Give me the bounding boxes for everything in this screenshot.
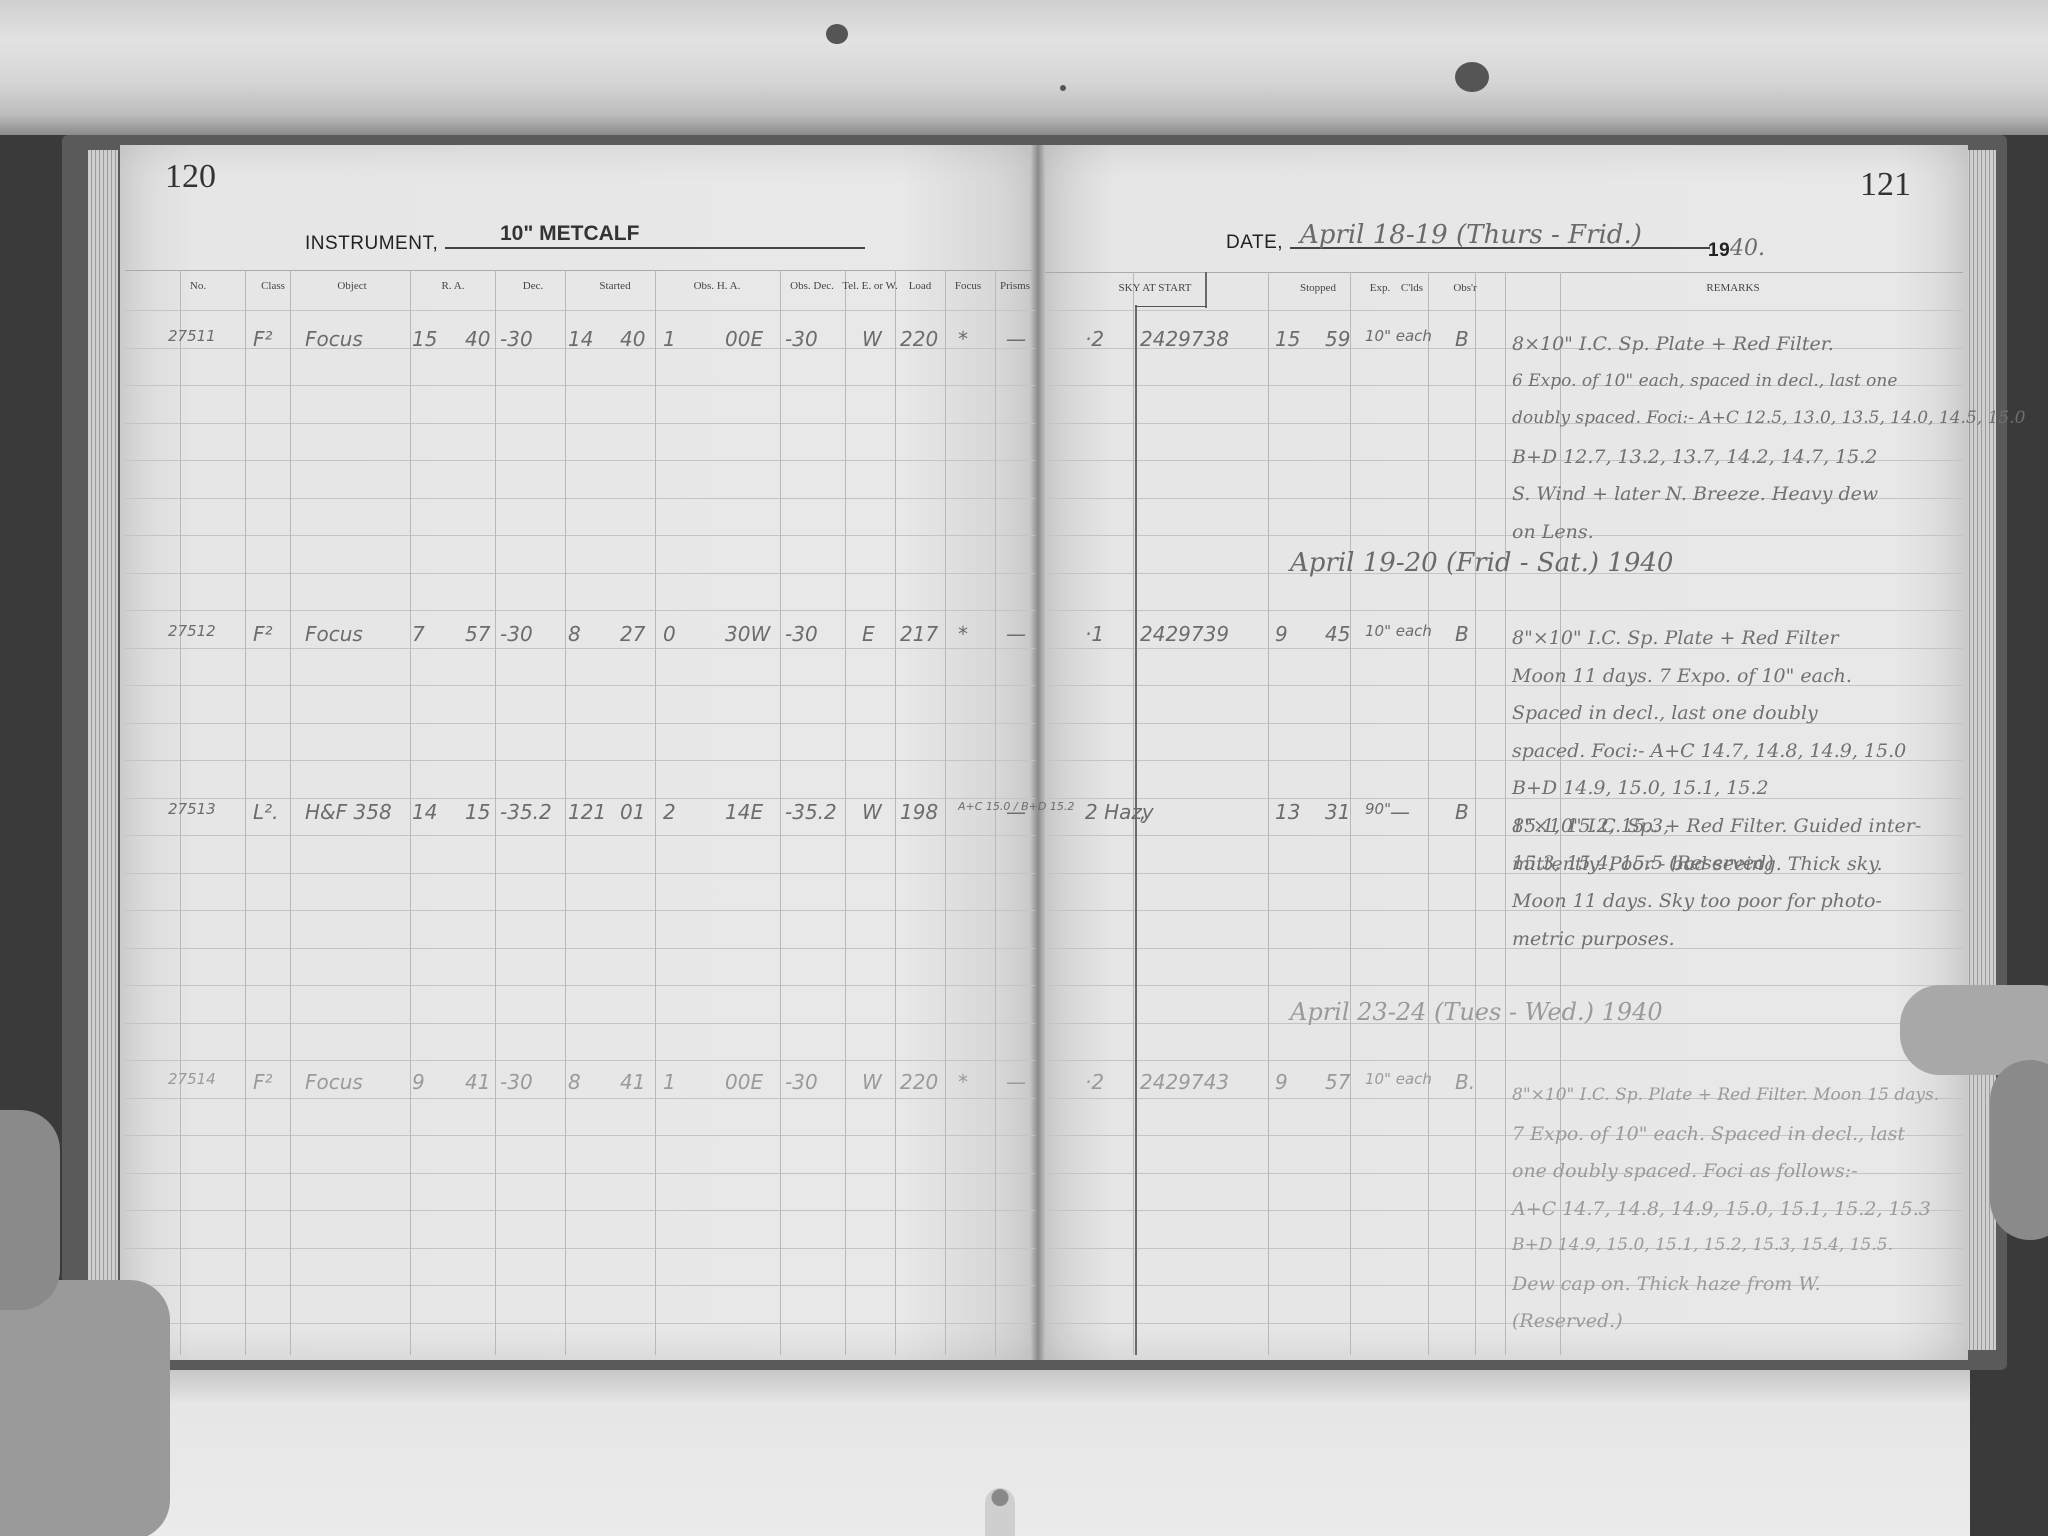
remark-line: one doubly spaced. Foci as follows:-: [1512, 1160, 1858, 1182]
rule-line: [125, 1098, 1035, 1099]
left-hand: [0, 1280, 170, 1536]
cell-load: 217: [900, 622, 938, 646]
cell-stopped-h: 9: [1275, 1070, 1288, 1094]
cell-obs-dec: -35.2: [785, 800, 837, 824]
rule-line: [125, 385, 1035, 386]
remark-line: 8×10" I.C. Sp. Plate + Red Filter.: [1512, 333, 1834, 355]
cell-object: Focus: [305, 1070, 363, 1094]
rule-line: [125, 723, 1035, 724]
rule-line: [125, 1248, 1035, 1249]
rule-line: [125, 610, 1035, 611]
cell-obs-dec: -30: [785, 1070, 818, 1094]
cell-ha-h: 0: [663, 622, 676, 646]
cell-tel: W: [862, 1070, 882, 1094]
column-divider: [780, 270, 781, 1355]
backing-board: [90, 1360, 1970, 1536]
cell-load: 220: [900, 1070, 938, 1094]
cell-started-h: 8: [568, 622, 581, 646]
cell-class: F²: [253, 1070, 273, 1094]
rule-line: [125, 498, 1035, 499]
year-prefix: 19: [1708, 240, 1730, 262]
cell-ra-m: 15: [465, 800, 490, 824]
cell-prisms: —: [1006, 327, 1026, 351]
cell-dec: -30: [500, 1070, 533, 1094]
column-header: Obs. H. A.: [682, 280, 752, 292]
column-header: R. A.: [418, 280, 488, 292]
cell-stopped-m: 59: [1325, 327, 1350, 351]
rule-line: [125, 873, 1035, 874]
cell-observer: B.: [1455, 1070, 1475, 1094]
instrument-value: 10" METCALF: [500, 222, 639, 246]
cell-object: Focus: [305, 622, 363, 646]
column-divider: [1268, 272, 1269, 1355]
sky-header-divider: [1205, 272, 1207, 308]
rule-line: [125, 1210, 1035, 1211]
cell-jd: 2429743: [1140, 1070, 1229, 1094]
rule-line: [1045, 1323, 1963, 1324]
remark-line: (Reserved.): [1512, 1310, 1623, 1332]
cell-ra-h: 15: [412, 327, 437, 351]
rule-line: [1045, 948, 1963, 949]
column-divider: [655, 270, 656, 1355]
cell-started-m: 01: [620, 800, 645, 824]
column-divider: [245, 270, 246, 1355]
column-divider: [845, 270, 846, 1355]
sky-header-line: [1135, 306, 1207, 307]
column-header: Dec.: [498, 280, 568, 292]
remark-line: S. Wind + later N. Breeze. Heavy dew: [1512, 483, 1878, 505]
cell-focus: *: [958, 327, 968, 351]
rule-line: [125, 1285, 1035, 1286]
cell-ra-h: 9: [412, 1070, 425, 1094]
remark-line: Spaced in decl., last one doubly: [1512, 702, 1818, 724]
cell-class: F²: [253, 327, 273, 351]
rule-line: [125, 910, 1035, 911]
rule-line: [125, 1173, 1035, 1174]
cell-focus: *: [958, 1070, 968, 1094]
rule-line: [125, 648, 1035, 649]
column-divider: [1560, 272, 1561, 1355]
date-label: DATE,: [1226, 232, 1283, 254]
cell-load: 220: [900, 327, 938, 351]
remark-line: B+D 14.9, 15.0, 15.1, 15.2, 15.3, 15.4, …: [1512, 1235, 1893, 1255]
cell-object: Focus: [305, 327, 363, 351]
instrument-label: INSTRUMENT,: [305, 233, 438, 255]
cell-started-m: 40: [620, 327, 645, 351]
section-date: April 23-24 (Tues - Wed.) 1940: [1290, 998, 1663, 1026]
cell-no: 27513: [168, 800, 216, 818]
cell-stopped-h: 15: [1275, 327, 1300, 351]
cell-obs-dec: -30: [785, 327, 818, 351]
wood-knot: [1060, 85, 1066, 91]
cell-ha-m: 00E: [725, 327, 763, 351]
rule-line: [1045, 723, 1963, 724]
cell-jd: ,: [1140, 800, 1146, 824]
cell-stopped-h: 13: [1275, 800, 1300, 824]
column-divider: [1505, 272, 1506, 1355]
cell-observer: B: [1455, 622, 1469, 646]
cell-ha-h: 2: [663, 800, 676, 824]
remark-line: Moon 11 days. Sky too poor for photo-: [1512, 890, 1882, 912]
cell-no: 27512: [168, 622, 216, 640]
section-date: April 19-20 (Frid - Sat.) 1940: [1290, 548, 1673, 578]
remark-line: 8"×10" I.C. Sp. Plate + Red Filter. Moon…: [1512, 1085, 1939, 1105]
cell-class: F²: [253, 622, 273, 646]
book-spine: [1030, 145, 1046, 1360]
year-suffix: 40.: [1730, 236, 1765, 261]
cell-started-h: 121: [568, 800, 606, 824]
cell-ha-m: 14E: [725, 800, 763, 824]
cell-focus: *: [958, 622, 968, 646]
remark-line: doubly spaced. Foci:- A+C 12.5, 13.0, 13…: [1512, 408, 2025, 428]
cell-dec: -30: [500, 327, 533, 351]
column-header: SKY AT START: [1105, 282, 1205, 294]
rule-line: [1045, 610, 1963, 611]
column-divider: [410, 270, 411, 1355]
wooden-plank-background: [0, 0, 2048, 135]
rule-line: [125, 685, 1035, 686]
rule-line: [125, 573, 1035, 574]
rule-line: [125, 423, 1035, 424]
rule-line: [125, 310, 1035, 311]
remark-line: B+D 12.7, 13.2, 13.7, 14.2, 14.7, 15.2: [1512, 446, 1877, 468]
cell-class: L².: [253, 800, 279, 824]
remark-line: on Lens.: [1512, 521, 1594, 543]
rule-line: [125, 1023, 1035, 1024]
rule-line: [125, 835, 1035, 836]
instrument-underline: [445, 247, 865, 249]
header-top-line: [1045, 272, 1963, 273]
remark-line: A+C 14.7, 14.8, 14.9, 15.0, 15.1, 15.2, …: [1512, 1198, 1931, 1220]
column-divider: [565, 270, 566, 1355]
rule-line: [125, 1323, 1035, 1324]
rule-line: [125, 760, 1035, 761]
cell-sky: ·2: [1085, 327, 1104, 351]
rule-line: [125, 798, 1035, 799]
cell-stopped-m: 45: [1325, 622, 1350, 646]
cell-dec: -35.2: [500, 800, 552, 824]
cell-exp: 90": [1365, 800, 1391, 818]
column-header: Obs'r: [1415, 282, 1515, 294]
cell-prisms: —: [1006, 622, 1026, 646]
cell-started-m: 41: [620, 1070, 645, 1094]
rule-line: [125, 1135, 1035, 1136]
cell-sky: ·1: [1085, 622, 1104, 646]
cell-exp: 10" each: [1365, 1070, 1432, 1088]
cell-exp: 10" each: [1365, 327, 1432, 345]
rule-line: [1045, 1060, 1963, 1061]
page-number-right: 121: [1860, 166, 1911, 204]
sky-divider: [1135, 305, 1137, 1355]
remark-line: 7 Expo. of 10" each. Spaced in decl., la…: [1512, 1123, 1905, 1145]
column-divider: [895, 270, 896, 1355]
column-divider: [1475, 272, 1476, 1355]
cell-observer: B: [1455, 327, 1469, 351]
cell-tel: W: [862, 327, 882, 351]
right-fingers: [1990, 1060, 2048, 1240]
cell-dec: -30: [500, 622, 533, 646]
cell-prisms: —: [1006, 1070, 1026, 1094]
remark-line: 8"×10" I.C. Sp. + Red Filter. Guided int…: [1512, 815, 1921, 837]
remark-line: metric purposes.: [1512, 928, 1675, 950]
column-divider: [945, 270, 946, 1355]
cell-exp: 10" each: [1365, 622, 1432, 640]
header-top-line: [125, 270, 1035, 271]
rule-line: [1045, 798, 1963, 799]
cell-no: 27511: [168, 327, 216, 345]
rule-line: [125, 985, 1035, 986]
cell-no: 27514: [168, 1070, 216, 1088]
column-divider: [1428, 272, 1429, 1355]
cell-obs-dec: -30: [785, 622, 818, 646]
column-header: REMARKS: [1683, 282, 1783, 294]
remark-line: Dew cap on. Thick haze from W.: [1512, 1273, 1821, 1295]
remark-line: B+D 14.9, 15.0, 15.1, 15.2: [1512, 777, 1769, 799]
cell-ra-m: 57: [465, 622, 490, 646]
cell-object: H&F 358: [305, 800, 392, 824]
cell-load: 198: [900, 800, 938, 824]
rule-line: [1045, 985, 1963, 986]
cell-ra-m: 41: [465, 1070, 490, 1094]
rule-line: [1045, 1285, 1963, 1286]
remark-line: mittently. Poor - bad seeing. Thick sky.: [1512, 853, 1883, 875]
column-header: Started: [580, 280, 650, 292]
rule-line: [1045, 535, 1963, 536]
remark-line: spaced. Foci:- A+C 14.7, 14.8, 14.9, 15.…: [1512, 740, 1906, 762]
cell-ha-h: 1: [663, 327, 676, 351]
remark-line: 6 Expo. of 10" each, spaced in decl., la…: [1512, 371, 1897, 391]
cell-started-h: 14: [568, 327, 593, 351]
rule-line: [125, 1060, 1035, 1061]
column-divider: [290, 270, 291, 1355]
cell-clouds: —: [1390, 800, 1410, 824]
cell-observer: B: [1455, 800, 1469, 824]
cell-ra-m: 40: [465, 327, 490, 351]
cell-prisms: —: [1006, 800, 1026, 824]
cell-stopped-m: 31: [1325, 800, 1350, 824]
column-header: No.: [163, 280, 233, 292]
page-number-left: 120: [165, 158, 216, 196]
cell-stopped-m: 57: [1325, 1070, 1350, 1094]
rule-line: [125, 535, 1035, 536]
left-fingers: [0, 1110, 60, 1310]
column-header: Object: [317, 280, 387, 292]
rule-line: [1045, 310, 1963, 311]
cell-started-h: 8: [568, 1070, 581, 1094]
cell-jd: 2429738: [1140, 327, 1229, 351]
cell-sky: ·2: [1085, 1070, 1104, 1094]
rule-line: [125, 460, 1035, 461]
cell-tel: E: [862, 622, 875, 646]
remark-line: 8"×10" I.C. Sp. Plate + Red Filter: [1512, 627, 1839, 649]
rule-line: [125, 948, 1035, 949]
cell-stopped-h: 9: [1275, 622, 1288, 646]
column-header: Class: [238, 280, 308, 292]
date-value: April 18-19 (Thurs - Frid.): [1300, 220, 1642, 250]
cell-ra-h: 7: [412, 622, 425, 646]
wood-knot: [1455, 62, 1489, 92]
cell-ha-h: 1: [663, 1070, 676, 1094]
cell-ha-m: 00E: [725, 1070, 763, 1094]
remark-line: Moon 11 days. 7 Expo. of 10" each.: [1512, 665, 1852, 687]
cell-tel: W: [862, 800, 882, 824]
cell-ra-h: 14: [412, 800, 437, 824]
column-divider: [495, 270, 496, 1355]
peg: [985, 1488, 1015, 1536]
cell-ha-m: 30W: [725, 622, 770, 646]
wood-knot: [826, 24, 848, 44]
cell-started-m: 27: [620, 622, 645, 646]
left-page-edges: [88, 150, 118, 1350]
cell-jd: 2429739: [1140, 622, 1229, 646]
column-header: Prisms: [980, 280, 1050, 292]
